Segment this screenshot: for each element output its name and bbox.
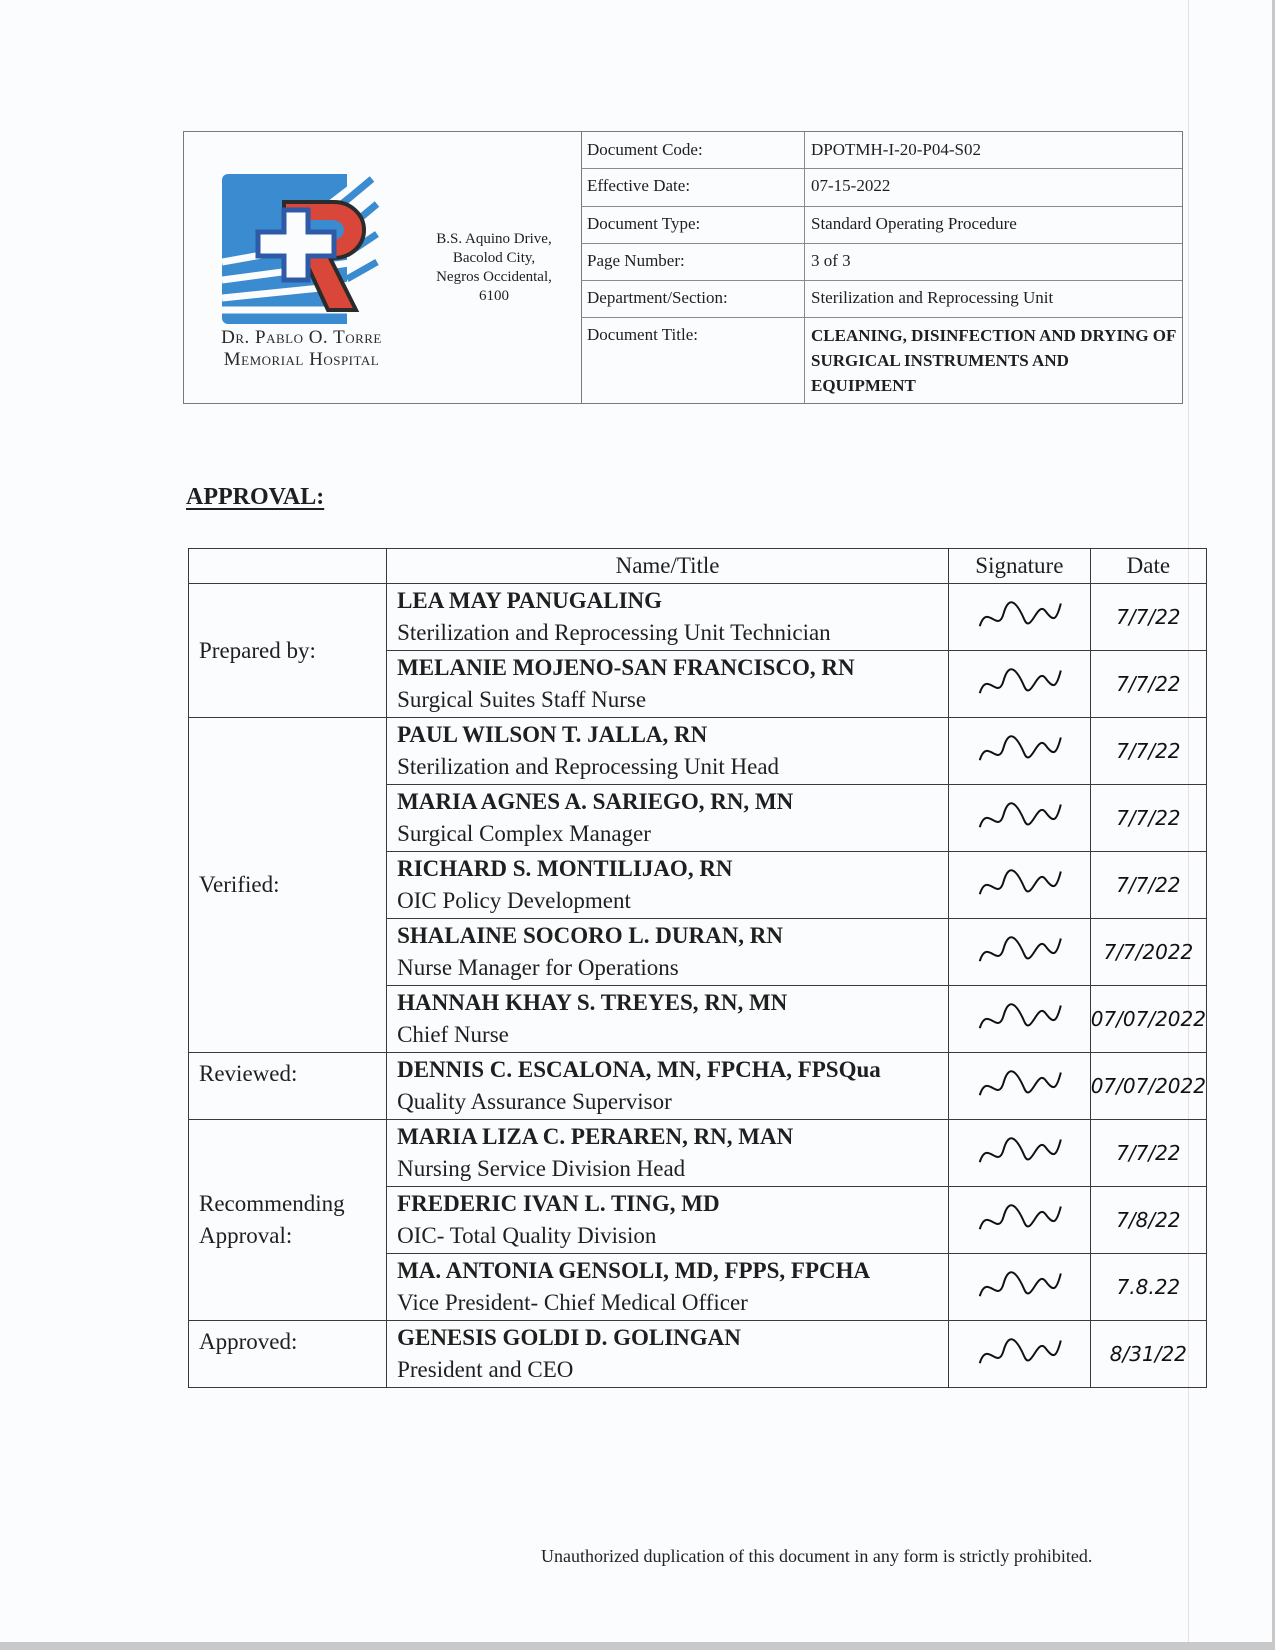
signature-cell: [949, 651, 1091, 718]
handwritten-signature-icon: [972, 1259, 1066, 1314]
date-cell: 7/7/22: [1090, 1120, 1206, 1187]
signature-cell: [949, 919, 1091, 986]
handwritten-signature-icon: [972, 656, 1066, 711]
signature-cell: [949, 1321, 1091, 1388]
name-title-cell: RICHARD S. MONTILIJAO, RNOIC Policy Deve…: [387, 852, 949, 919]
signatory-name: FREDERIC IVAN L. TING, MD: [397, 1188, 948, 1220]
signed-date: 07/07/2022: [1091, 1074, 1206, 1098]
date-cell: 7/7/22: [1090, 718, 1206, 785]
role-cell: Approved:: [189, 1321, 387, 1388]
footer-notice: Unauthorized duplication of this documen…: [541, 1546, 1092, 1567]
signed-date: 7/7/22: [1116, 1141, 1180, 1165]
role-cell: Prepared by:: [189, 584, 387, 718]
signed-date: 7/7/22: [1116, 672, 1180, 696]
table-row: Approved:GENESIS GOLDI D. GOLINGANPresid…: [189, 1321, 1207, 1388]
signatory-name: MARIA AGNES A. SARIEGO, RN, MN: [397, 786, 948, 818]
name-title-cell: PAUL WILSON T. JALLA, RNSterilization an…: [387, 718, 949, 785]
handwritten-signature-icon: [972, 723, 1066, 778]
approval-table: Name/Title Signature Date Prepared by:LE…: [188, 548, 1207, 1388]
address-line: Bacolod City,: [414, 249, 574, 268]
signatory-title: Chief Nurse: [397, 1019, 948, 1051]
name-title-cell: MARIA LIZA C. PERAREN, RN, MANNursing Se…: [387, 1120, 949, 1187]
signatory-title: Surgical Complex Manager: [397, 818, 948, 850]
address-line: Negros Occidental,: [414, 268, 574, 287]
approval-heading: APPROVAL:: [186, 484, 324, 511]
signed-date: 8/31/22: [1110, 1342, 1187, 1366]
signatory-name: LEA MAY PANUGALING: [397, 585, 948, 617]
signatory-title: Sterilization and Reprocessing Unit Tech…: [397, 617, 948, 649]
meta-row-document-code: Document Code: DPOTMH-I-20-P04-S02: [581, 132, 1182, 169]
handwritten-signature-icon: [972, 1326, 1066, 1381]
signature-cell: [949, 986, 1091, 1053]
date-cell: 7/7/22: [1090, 852, 1206, 919]
signatory-title: Surgical Suites Staff Nurse: [397, 684, 948, 716]
signed-date: 7/7/22: [1116, 806, 1180, 830]
signature-cell: [949, 1254, 1091, 1321]
signature-cell: [949, 718, 1091, 785]
handwritten-signature-icon: [972, 991, 1066, 1046]
name-title-cell: HANNAH KHAY S. TREYES, RN, MNChief Nurse: [387, 986, 949, 1053]
signatory-title: Nurse Manager for Operations: [397, 952, 948, 984]
hospital-logo-cross-r-icon: [222, 174, 380, 324]
handwritten-signature-icon: [972, 589, 1066, 644]
signatory-name: SHALAINE SOCORO L. DURAN, RN: [397, 920, 948, 952]
document-header: Dr. Pablo O. Torre Memorial Hospital B.S…: [183, 131, 1183, 404]
column-header-role: [189, 549, 387, 584]
signature-cell: [949, 1187, 1091, 1254]
hospital-name: Dr. Pablo O. Torre Memorial Hospital: [194, 327, 409, 371]
date-cell: 8/31/22: [1090, 1321, 1206, 1388]
name-title-cell: GENESIS GOLDI D. GOLINGANPresident and C…: [387, 1321, 949, 1388]
signatory-name: MELANIE MOJENO-SAN FRANCISCO, RN: [397, 652, 948, 684]
meta-value: 3 of 3: [805, 243, 1182, 280]
meta-value: 07-15-2022: [805, 168, 1182, 206]
signature-cell: [949, 852, 1091, 919]
signature-cell: [949, 1120, 1091, 1187]
handwritten-signature-icon: [972, 1125, 1066, 1180]
signature-cell: [949, 584, 1091, 651]
signatory-name: MARIA LIZA C. PERAREN, RN, MAN: [397, 1121, 948, 1153]
signatory-name: HANNAH KHAY S. TREYES, RN, MN: [397, 987, 948, 1019]
date-cell: 7/7/2022: [1090, 919, 1206, 986]
signature-cell: [949, 785, 1091, 852]
signatory-title: OIC Policy Development: [397, 885, 948, 917]
handwritten-signature-icon: [972, 790, 1066, 845]
date-cell: 07/07/2022: [1090, 1053, 1206, 1120]
signatory-name: DENNIS C. ESCALONA, MN, FPCHA, FPSQua: [397, 1054, 948, 1086]
column-header-name-title: Name/Title: [387, 549, 949, 584]
hospital-name-line2: Memorial Hospital: [194, 349, 409, 371]
date-cell: 7.8.22: [1090, 1254, 1206, 1321]
page-edge-bottom: [0, 1642, 1275, 1650]
signed-date: 7/7/22: [1116, 605, 1180, 629]
role-cell: Reviewed:: [189, 1053, 387, 1120]
meta-value: DPOTMH-I-20-P04-S02: [805, 132, 1182, 168]
signatory-name: RICHARD S. MONTILIJAO, RN: [397, 853, 948, 885]
signatory-title: Quality Assurance Supervisor: [397, 1086, 948, 1118]
handwritten-signature-icon: [972, 1058, 1066, 1113]
signed-date: 7/7/22: [1116, 873, 1180, 897]
meta-value: Sterilization and Reprocessing Unit: [805, 280, 1182, 317]
hospital-identity: Dr. Pablo O. Torre Memorial Hospital B.S…: [184, 132, 582, 403]
signed-date: 07/07/2022: [1091, 1007, 1206, 1031]
name-title-cell: MELANIE MOJENO-SAN FRANCISCO, RNSurgical…: [387, 651, 949, 718]
meta-row-page-number: Page Number: 3 of 3: [581, 243, 1182, 281]
table-row: Verified:PAUL WILSON T. JALLA, RNSterili…: [189, 718, 1207, 785]
signatory-title: Nursing Service Division Head: [397, 1153, 948, 1185]
document-title: CLEANING, DISINFECTION AND DRYING OF SUR…: [805, 317, 1182, 404]
date-cell: 07/07/2022: [1090, 986, 1206, 1053]
signatory-name: MA. ANTONIA GENSOLI, MD, FPPS, FPCHA: [397, 1255, 948, 1287]
hospital-name-line1: Dr. Pablo O. Torre: [194, 327, 409, 349]
meta-label: Document Type:: [581, 206, 805, 243]
meta-row-document-type: Document Type: Standard Operating Proced…: [581, 206, 1182, 244]
date-cell: 7/8/22: [1090, 1187, 1206, 1254]
meta-row-document-title: Document Title: CLEANING, DISINFECTION A…: [581, 317, 1182, 404]
name-title-cell: SHALAINE SOCORO L. DURAN, RNNurse Manage…: [387, 919, 949, 986]
signatory-name: GENESIS GOLDI D. GOLINGAN: [397, 1322, 948, 1354]
meta-label: Document Code:: [581, 132, 805, 168]
signed-date: 7.8.22: [1117, 1275, 1181, 1299]
date-cell: 7/7/22: [1090, 584, 1206, 651]
address-line: 6100: [414, 287, 574, 306]
meta-row-department: Department/Section: Sterilization and Re…: [581, 280, 1182, 318]
address-line: B.S. Aquino Drive,: [414, 230, 574, 249]
table-row: Prepared by:LEA MAY PANUGALINGSterilizat…: [189, 584, 1207, 651]
table-header-row: Name/Title Signature Date: [189, 549, 1207, 584]
handwritten-signature-icon: [972, 857, 1066, 912]
meta-value: Standard Operating Procedure: [805, 206, 1182, 243]
name-title-cell: DENNIS C. ESCALONA, MN, FPCHA, FPSQuaQua…: [387, 1053, 949, 1120]
column-header-signature: Signature: [949, 549, 1091, 584]
handwritten-signature-icon: [972, 1192, 1066, 1247]
signatory-title: Vice President- Chief Medical Officer: [397, 1287, 948, 1319]
meta-row-effective-date: Effective Date: 07-15-2022: [581, 168, 1182, 207]
name-title-cell: LEA MAY PANUGALINGSterilization and Repr…: [387, 584, 949, 651]
meta-label: Effective Date:: [581, 168, 805, 206]
date-cell: 7/7/22: [1090, 651, 1206, 718]
role-cell: RecommendingApproval:: [189, 1120, 387, 1321]
signature-cell: [949, 1053, 1091, 1120]
table-row: Reviewed:DENNIS C. ESCALONA, MN, FPCHA, …: [189, 1053, 1207, 1120]
meta-label: Document Title:: [581, 317, 805, 404]
signatory-name: PAUL WILSON T. JALLA, RN: [397, 719, 948, 751]
hospital-address: B.S. Aquino Drive, Bacolod City, Negros …: [414, 230, 574, 306]
signed-date: 7/7/22: [1116, 739, 1180, 763]
date-cell: 7/7/22: [1090, 785, 1206, 852]
table-row: RecommendingApproval:MARIA LIZA C. PERAR…: [189, 1120, 1207, 1187]
signatory-title: OIC- Total Quality Division: [397, 1220, 948, 1252]
signatory-title: President and CEO: [397, 1354, 948, 1386]
role-cell: Verified:: [189, 718, 387, 1053]
meta-label: Department/Section:: [581, 280, 805, 317]
name-title-cell: FREDERIC IVAN L. TING, MDOIC- Total Qual…: [387, 1187, 949, 1254]
signatory-title: Sterilization and Reprocessing Unit Head: [397, 751, 948, 783]
column-header-date: Date: [1090, 549, 1206, 584]
document-meta-table: Document Code: DPOTMH-I-20-P04-S02 Effec…: [581, 132, 1182, 403]
meta-label: Page Number:: [581, 243, 805, 280]
signed-date: 7/7/2022: [1103, 940, 1193, 964]
signed-date: 7/8/22: [1116, 1208, 1180, 1232]
name-title-cell: MA. ANTONIA GENSOLI, MD, FPPS, FPCHAVice…: [387, 1254, 949, 1321]
name-title-cell: MARIA AGNES A. SARIEGO, RN, MNSurgical C…: [387, 785, 949, 852]
handwritten-signature-icon: [972, 924, 1066, 979]
